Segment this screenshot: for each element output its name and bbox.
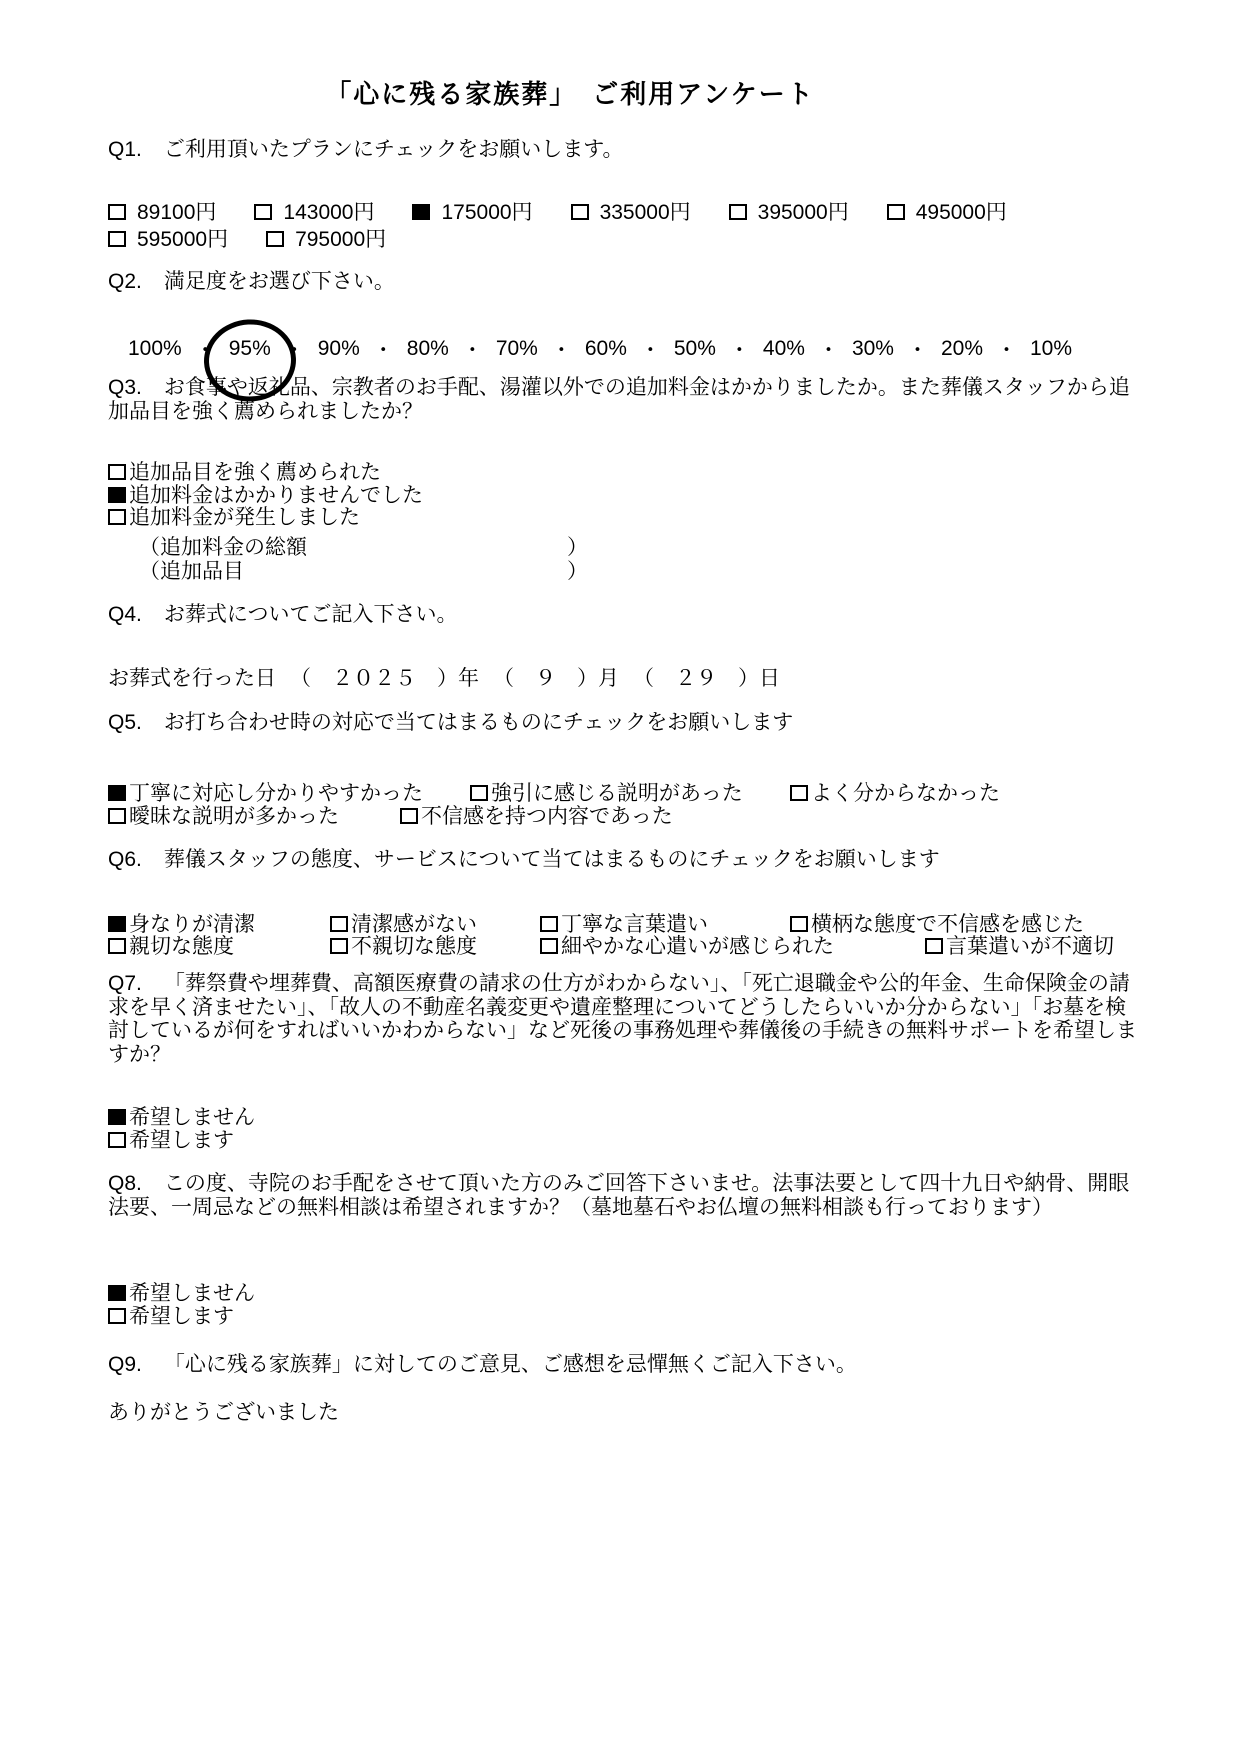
scale-separator: ・ [640,334,661,364]
q1-number: Q1. [108,138,142,161]
scale-label: 50% [674,337,716,360]
q7-options: 希望しません 希望します [108,1106,255,1152]
scale-separator: ・ [462,334,483,364]
q7-heading: Q7.「葬祭費や埋葬費、高額医療費の請求の仕方がわからない」、「死亡退職金や公的… [108,972,1146,1066]
plan-option-143000[interactable]: 143000円 [254,196,374,226]
checkbox-icon [108,204,126,220]
survey-document: 「心に残る家族葬」 ご利用アンケート Q1.ご利用頂いたプランにチェックをお願い… [0,0,1240,1755]
date-month-field[interactable]: （ ９ ）月 [493,662,619,692]
checkbox-icon [108,785,126,801]
checkbox-icon [470,785,488,801]
q5-option-5[interactable]: 不信感を持つ内容であった [400,800,673,830]
q6-options-row2: 親切な態度 不親切な態度 細やかな心遣いが感じられた 言葉遣いが不適切 [108,930,1114,960]
option-label: 曖昧な説明が多かった [129,805,339,828]
q1-plan-options-row2: 595000円 795000円 [108,223,386,253]
q9-number: Q9. [108,1353,142,1376]
checkbox-icon [925,938,943,954]
q6-heading: Q6.葬儀スタッフの態度、サービスについて当てはまるものにチェックをお願いします [108,843,940,873]
scale-option-100[interactable]: 100% [128,337,182,361]
checkbox-icon [108,1109,126,1125]
q2-heading: Q2.満足度をお選び下さい。 [108,265,395,295]
scale-separator: ・ [195,334,216,364]
q3-text: お食事や返礼品、宗教者のお手配、湯灌以外での追加料金はかかりましたか。また葬儀ス… [108,376,1130,423]
option-label: 175000円 [441,201,532,224]
checkbox-icon [108,231,126,247]
option-label: 細やかな心遣いが感じられた [561,935,834,958]
checkbox-icon [108,1285,126,1301]
checkbox-icon [400,808,418,824]
option-label: 言葉遣いが不適切 [946,935,1114,958]
fillin-close: ） [567,555,588,585]
scale-separator: ・ [996,334,1017,364]
checkbox-icon [108,509,126,525]
checkbox-icon [412,204,430,220]
checkbox-icon [266,231,284,247]
q8-option-no[interactable]: 希望しません [108,1282,255,1305]
scale-option-95[interactable]: 95% [229,337,271,361]
option-label: 希望します [129,1305,234,1328]
page-title: 「心に残る家族葬」 ご利用アンケート [0,74,1140,111]
checkbox-icon [790,785,808,801]
option-label: 335000円 [600,201,691,224]
q7-option-no[interactable]: 希望しません [108,1106,255,1129]
closing-message: ありがとうございました [108,1396,339,1426]
q5-heading: Q5.お打ち合わせ時の対応で当てはまるものにチェックをお願いします [108,706,793,736]
scale-separator: ・ [284,334,305,364]
scale-label: 95% [229,337,271,360]
option-label: 495000円 [916,201,1007,224]
option-label: 395000円 [758,201,849,224]
checkbox-icon [330,938,348,954]
scale-label: 100% [128,337,182,360]
q8-text: この度、寺院のお手配をさせて頂いた方のみご回答下さいませ。法事法要として四十九日… [108,1172,1129,1219]
q5-option-4[interactable]: 曖昧な説明が多かった [108,800,400,830]
scale-option-80[interactable]: 80% [407,337,449,361]
checkbox-icon [108,808,126,824]
checkbox-icon [729,204,747,220]
checkbox-icon [108,1308,126,1324]
q5-number: Q5. [108,711,142,734]
option-label: 595000円 [137,228,228,251]
plan-option-89100[interactable]: 89100円 [108,196,216,226]
plan-option-335000[interactable]: 335000円 [571,196,691,226]
date-prefix: お葬式を行った日 [108,662,276,692]
option-label: 親切な態度 [129,935,234,958]
checkbox-icon [108,938,126,954]
scale-label: 90% [318,337,360,360]
q3-number: Q3. [108,376,142,399]
funeral-date-line: お葬式を行った日 （ ２０２５ ）年 （ ９ ）月 （ ２９ ）日 [108,662,780,692]
q7-number: Q7. [108,972,142,995]
checkbox-icon [108,1132,126,1148]
scale-option-30[interactable]: 30% [852,337,894,361]
q6-option-5[interactable]: 親切な態度 [108,930,330,960]
option-label: 追加料金はかかりませんでした [129,484,423,507]
scale-separator: ・ [818,334,839,364]
checkbox-icon [571,204,589,220]
option-label: 追加品目を強く薦められた [129,461,381,484]
checkbox-icon [254,204,272,220]
scale-label: 10% [1030,337,1072,360]
fillin-open-label: （追加品目 [139,555,244,585]
option-label: 不親切な態度 [351,935,477,958]
scale-option-50[interactable]: 50% [674,337,716,361]
checkbox-icon [887,204,905,220]
q4-text: お葬式についてご記入下さい。 [164,603,458,626]
option-label: 希望します [129,1129,234,1152]
option-label: よく分からなかった [811,782,1000,805]
fillin-blank[interactable] [244,555,567,585]
option-label: 89100円 [137,201,216,224]
q4-heading: Q4.お葬式についてご記入下さい。 [108,598,457,628]
scale-label: 20% [941,337,983,360]
checkbox-icon [108,487,126,503]
q2-text: 満足度をお選び下さい。 [164,270,395,293]
scale-separator: ・ [373,334,394,364]
checkbox-icon [540,938,558,954]
scale-label: 40% [763,337,805,360]
q6-option-6[interactable]: 不親切な態度 [330,930,540,960]
date-year-field[interactable]: （ ２０２５ ）年 [290,662,479,692]
q1-plan-options-row1: 89100円 143000円 175000円 335000円 395000円 4… [108,196,1007,226]
q3-fillin-items: （追加品目 ） [139,555,588,585]
q8-number: Q8. [108,1172,142,1195]
plan-option-595000[interactable]: 595000円 [108,223,228,253]
q3-heading: Q3.お食事や返礼品、宗教者のお手配、湯灌以外での追加料金はかかりましたか。また… [108,376,1146,423]
q5-text: お打ち合わせ時の対応で当てはまるものにチェックをお願いします [164,711,793,734]
scale-separator: ・ [907,334,928,364]
scale-option-10[interactable]: 10% [1030,337,1072,361]
q3-option-1[interactable]: 追加品目を強く薦められた [108,462,423,485]
plan-option-175000[interactable]: 175000円 [412,196,532,226]
date-day-field[interactable]: （ ２９ ）日 [633,662,780,692]
q4-number: Q4. [108,603,142,626]
q2-number: Q2. [108,270,142,293]
scale-option-70[interactable]: 70% [496,337,538,361]
q5-option-3[interactable]: よく分からなかった [790,777,1000,807]
q9-text: 「心に残る家族葬」に対してのご意見、ご感想を忌憚無くご記入下さい。 [164,1353,857,1376]
scale-label: 70% [496,337,538,360]
q3-options: 追加品目を強く薦められた 追加料金はかかりませんでした 追加料金が発生しました [108,462,423,530]
plan-option-795000[interactable]: 795000円 [266,223,386,253]
option-label: 希望しません [129,1106,255,1129]
q8-options: 希望しません 希望します [108,1282,255,1328]
plan-option-395000[interactable]: 395000円 [729,196,849,226]
q8-heading: Q8.この度、寺院のお手配をさせて頂いた方のみご回答下さいませ。法事法要として四… [108,1172,1146,1219]
scale-label: 80% [407,337,449,360]
q8-option-yes[interactable]: 希望します [108,1305,255,1328]
option-label: 不信感を持つ内容であった [421,805,673,828]
plan-option-495000[interactable]: 495000円 [887,196,1007,226]
scale-label: 30% [852,337,894,360]
option-label: 143000円 [283,201,374,224]
checkbox-icon [108,464,126,480]
scale-label: 60% [585,337,627,360]
satisfaction-scale: 100% ・ 95% ・ 90% ・ 80% ・ 70% ・ 60% ・ 50%… [128,334,1072,364]
q1-heading: Q1.ご利用頂いたプランにチェックをお願いします。 [108,133,624,163]
q3-option-3[interactable]: 追加料金が発生しました [108,507,423,530]
scale-option-40[interactable]: 40% [763,337,805,361]
q7-option-yes[interactable]: 希望します [108,1129,255,1152]
scale-option-60[interactable]: 60% [585,337,627,361]
q7-text: 「葬祭費や埋葬費、高額医療費の請求の仕方がわからない」、「死亡退職金や公的年金、… [108,972,1137,1066]
q6-option-7[interactable]: 細やかな心遣いが感じられた [540,930,925,960]
q6-text: 葬儀スタッフの態度、サービスについて当てはまるものにチェックをお願いします [164,848,940,871]
scale-option-90[interactable]: 90% [318,337,360,361]
option-label: 希望しません [129,1282,255,1305]
q3-option-2[interactable]: 追加料金はかかりませんでした [108,485,423,508]
q5-options-row2: 曖昧な説明が多かった 不信感を持つ内容であった [108,800,673,830]
q6-option-8[interactable]: 言葉遣いが不適切 [925,930,1114,960]
q6-number: Q6. [108,848,142,871]
scale-option-20[interactable]: 20% [941,337,983,361]
option-label: 追加料金が発生しました [129,506,360,529]
q1-text: ご利用頂いたプランにチェックをお願いします。 [164,138,624,161]
option-label: 795000円 [295,228,386,251]
scale-separator: ・ [551,334,572,364]
scale-separator: ・ [729,334,750,364]
q9-heading: Q9.「心に残る家族葬」に対してのご意見、ご感想を忌憚無くご記入下さい。 [108,1348,857,1378]
